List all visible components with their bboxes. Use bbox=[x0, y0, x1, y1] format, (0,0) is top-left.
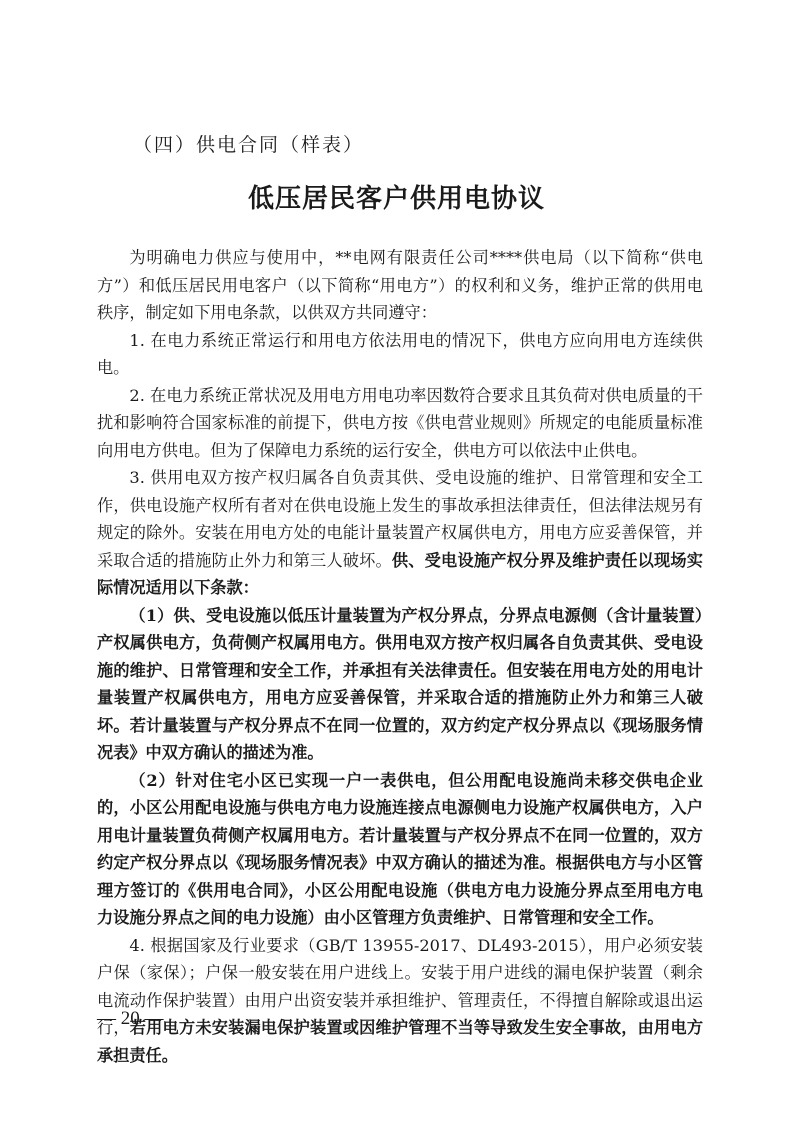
document-body: 为明确电力供应与使用中，**电网有限责任公司****供电局（以下简称“供电方”）… bbox=[97, 244, 703, 1069]
clause-4-bold-text: 若用电方未安装漏电保护装置或因维护管理不当等导致发生安全事故，由用电方承担责任。 bbox=[97, 1018, 703, 1065]
clause-3: 3. 供用电双方按产权归属各自负责其供、受电设施的维护、日常管理和安全工作，供电… bbox=[97, 464, 703, 602]
intro-paragraph: 为明确电力供应与使用中，**电网有限责任公司****供电局（以下简称“供电方”）… bbox=[97, 244, 703, 327]
clause-1: 1. 在电力系统正常运行和用电方依法用电的情况下，供电方应向用电方连续供电。 bbox=[97, 327, 703, 382]
document-title: 低压居民客户供用电协议 bbox=[0, 178, 793, 215]
sub-clause-2: （2）针对住宅小区已实现一户一表供电，但公用配电设施尚未移交供电企业的，小区公用… bbox=[97, 767, 703, 932]
section-heading: （四）供电合同（样表） bbox=[133, 130, 364, 157]
clause-4: 4. 根据国家及行业要求（GB/T 13955-2017、DL493-2015）… bbox=[97, 932, 703, 1070]
page-number: — 20 — bbox=[97, 1008, 164, 1030]
clause-2: 2. 在电力系统正常状况及用电方用电功率因数符合要求且其负荷对供电质量的干扰和影… bbox=[97, 382, 703, 465]
sub-clause-1: （1）供、受电设施以低压计量装置为产权分界点，分界点电源侧（含计量装置）产权属供… bbox=[97, 602, 703, 767]
